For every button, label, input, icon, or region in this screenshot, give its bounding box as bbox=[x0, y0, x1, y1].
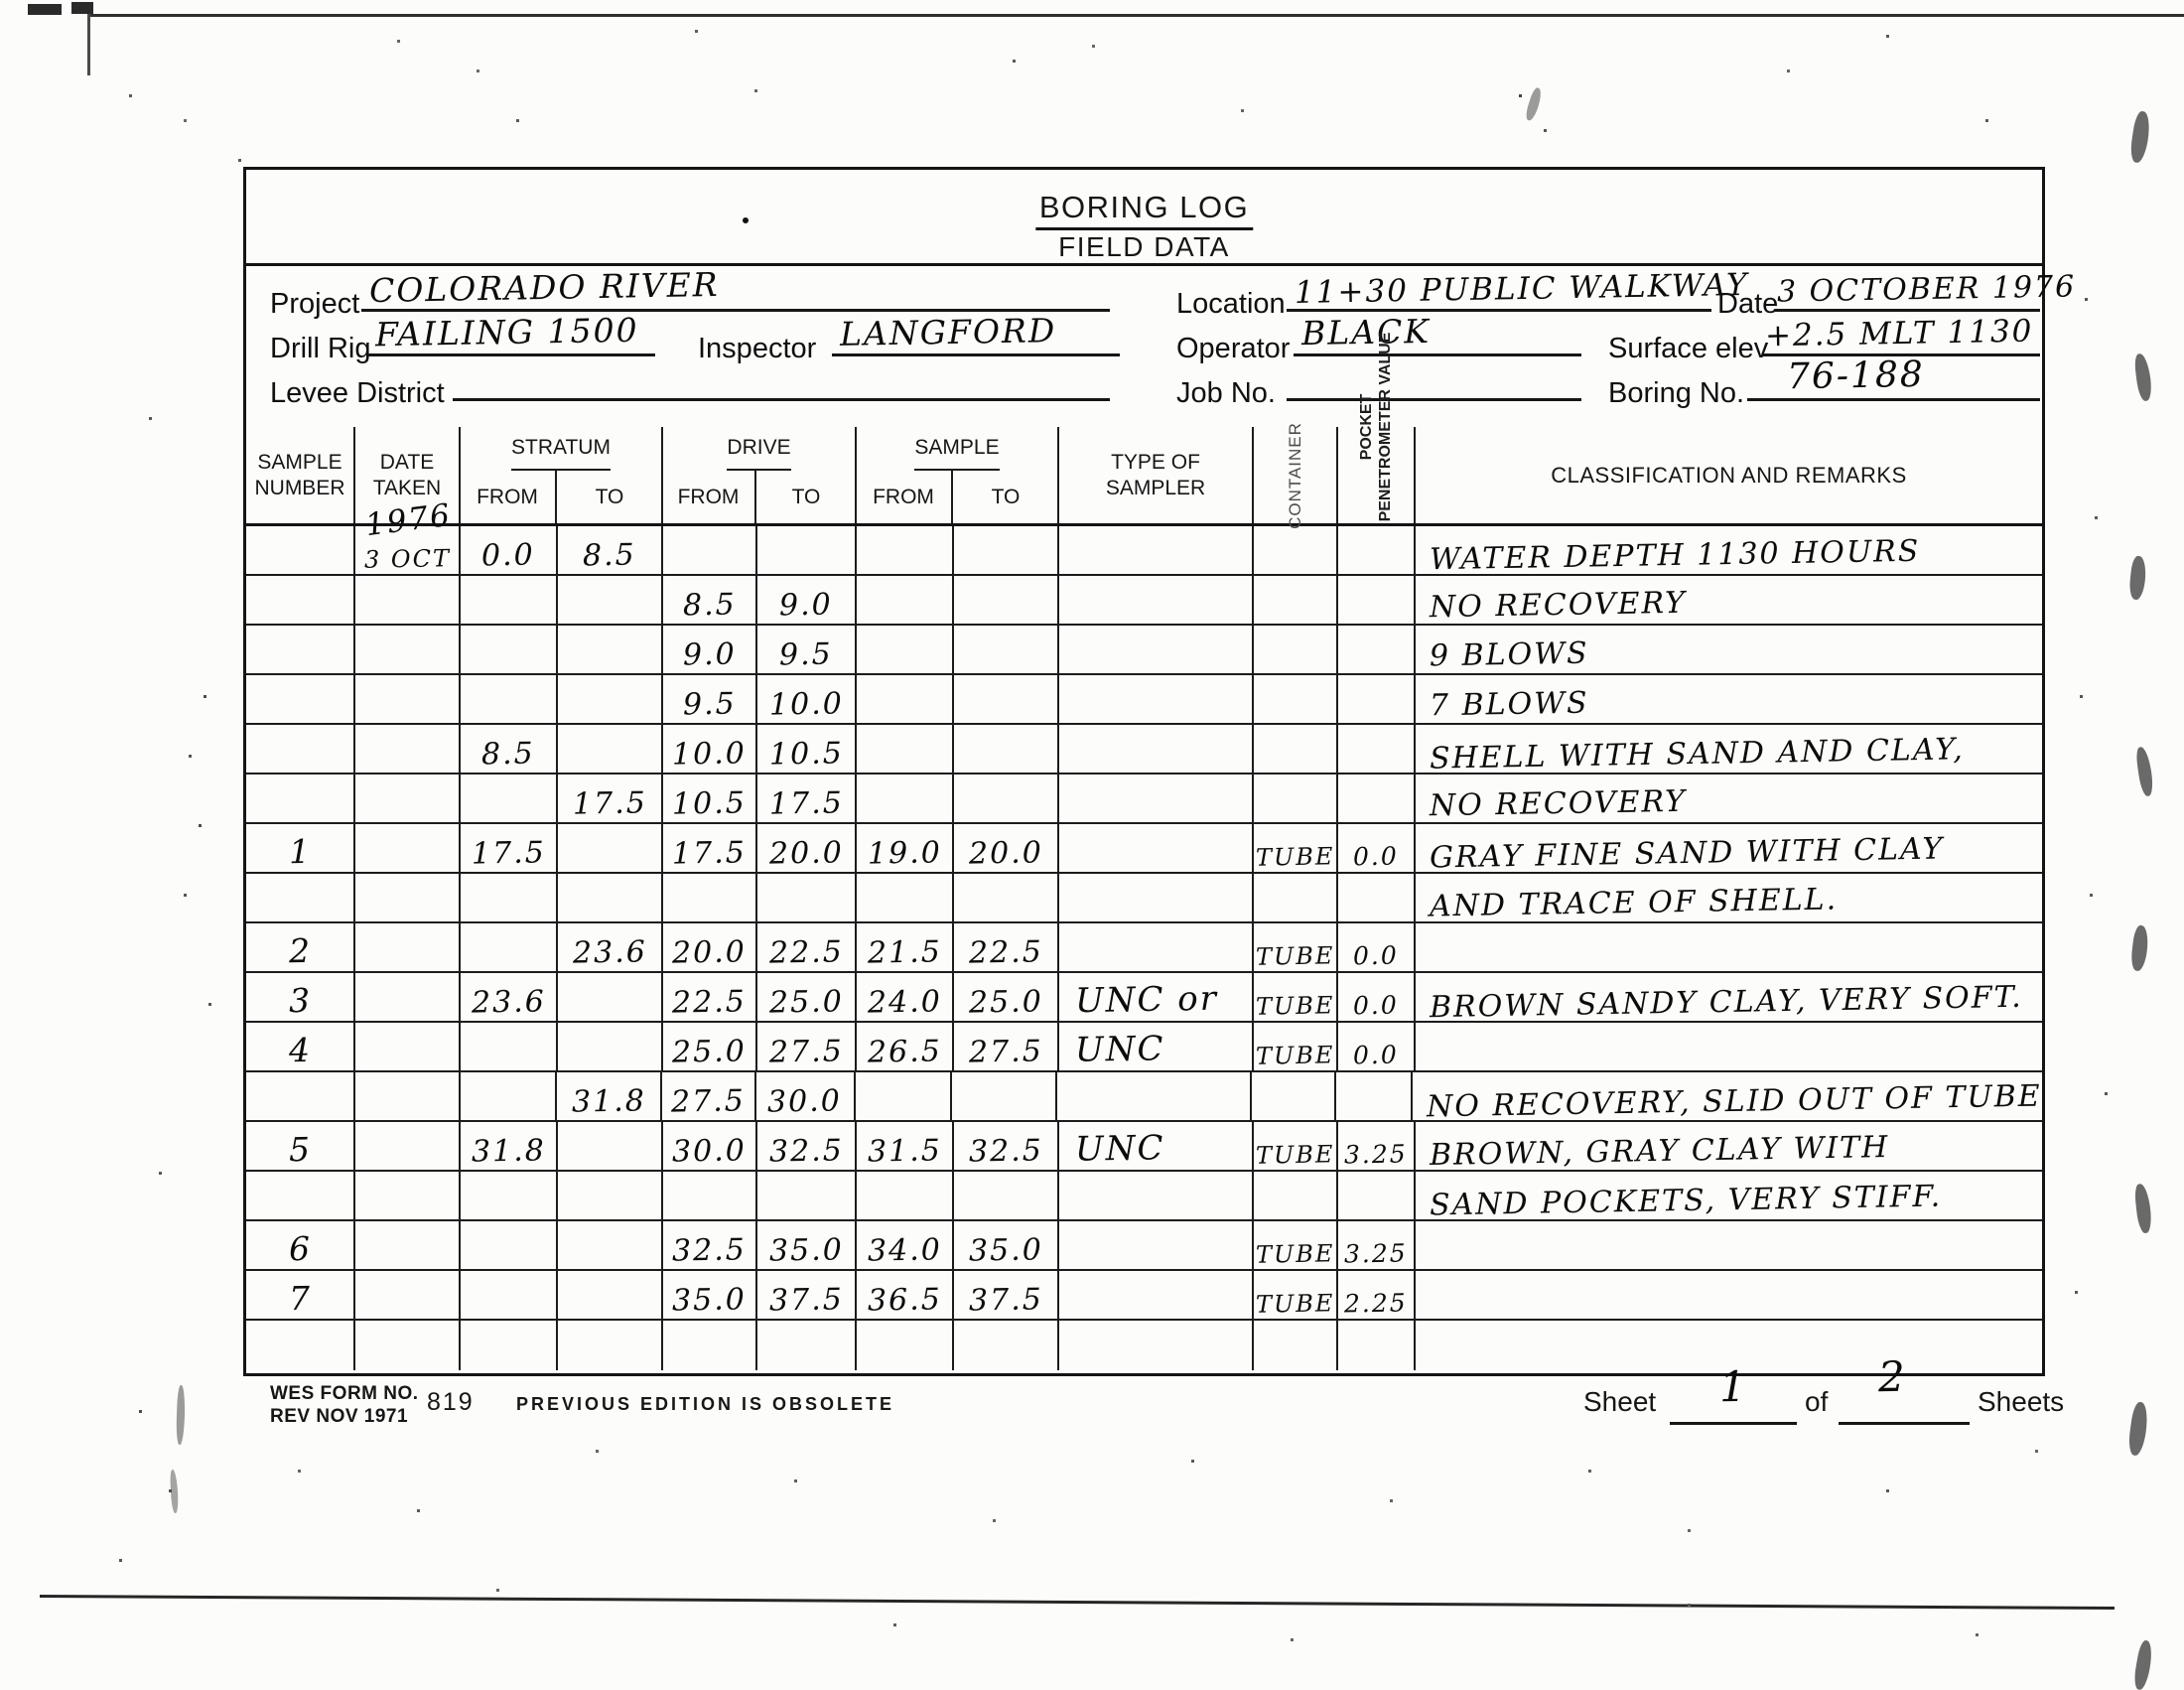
handwritten-value: 0.0 bbox=[1353, 941, 1399, 969]
handwritten-value: 37.5 bbox=[968, 1283, 1042, 1317]
handwritten-value: 3 bbox=[288, 983, 312, 1020]
cell-sample-number: 7 bbox=[246, 1271, 355, 1319]
cell-classification-remarks: NO RECOVERY bbox=[1416, 775, 2042, 822]
cell-sample-to bbox=[952, 1072, 1057, 1120]
cell-sample-to bbox=[954, 526, 1059, 574]
handwritten-value: 32.5 bbox=[768, 1134, 843, 1168]
cell-drive-to: 37.5 bbox=[757, 1271, 857, 1319]
cell-container bbox=[1254, 526, 1338, 574]
handwritten-value: 20.0 bbox=[968, 836, 1042, 870]
cell-drive-from: 9.5 bbox=[663, 675, 757, 723]
cell-drive-from bbox=[663, 1321, 757, 1370]
header-classification: CLASSIFICATION AND REMARKS bbox=[1416, 427, 2042, 523]
cell-date-taken bbox=[355, 1023, 461, 1070]
cell-sample-to bbox=[954, 725, 1059, 773]
cell-sample-from bbox=[857, 1172, 954, 1219]
table-row: 531.830.032.531.532.5UNCTUBE3.25BROWN, G… bbox=[246, 1122, 2042, 1172]
handwritten-value: 35.0 bbox=[768, 1233, 843, 1267]
table-row bbox=[246, 1321, 2042, 1370]
scan-artifact bbox=[2128, 110, 2152, 164]
handwritten-value: 19.0 bbox=[867, 836, 941, 870]
cell-pocket-penetrometer-value bbox=[1338, 874, 1416, 921]
scan-artifact bbox=[2129, 924, 2149, 971]
cell-stratum-to bbox=[558, 1321, 663, 1370]
cell-pocket-penetrometer-value bbox=[1338, 1321, 1416, 1370]
handwritten-value: SAND POCKETS, VERY STIFF. bbox=[1430, 1180, 1943, 1221]
cell-sample-to: 25.0 bbox=[954, 973, 1059, 1021]
cell-pocket-penetrometer-value: 0.0 bbox=[1338, 824, 1416, 872]
cell-stratum-to bbox=[558, 576, 663, 624]
cell-classification-remarks bbox=[1416, 1271, 2042, 1319]
cell-drive-to bbox=[757, 526, 857, 574]
scan-artifact bbox=[176, 1385, 186, 1445]
header-stratum-from: FROM bbox=[460, 471, 557, 523]
cell-drive-from: 10.0 bbox=[663, 725, 757, 773]
cell-drive-from: 9.0 bbox=[663, 626, 757, 673]
handwritten-value: TUBE bbox=[1256, 843, 1335, 871]
cell-date-taken bbox=[355, 675, 461, 723]
job-no-field bbox=[1287, 355, 1581, 401]
cell-classification-remarks: SHELL WITH SAND AND CLAY, bbox=[1416, 725, 2042, 773]
cell-classification-remarks: NO RECOVERY, SLID OUT OF TUBE bbox=[1413, 1072, 2042, 1120]
cell-drive-to: 10.5 bbox=[757, 725, 857, 773]
cell-date-taken bbox=[355, 576, 461, 624]
cell-sample-from bbox=[857, 725, 954, 773]
sheets-label: Sheets bbox=[1978, 1386, 2064, 1418]
wes-form-no: WES FORM NO. REV NOV 1971 bbox=[270, 1382, 419, 1428]
handwritten-value: TUBE bbox=[1256, 1042, 1335, 1069]
cell-container bbox=[1254, 1172, 1338, 1219]
handwritten-value: 27.5 bbox=[768, 1035, 843, 1068]
cell-classification-remarks: WATER DEPTH 1130 HOURS bbox=[1416, 526, 2042, 574]
cell-pocket-penetrometer-value: 0.0 bbox=[1338, 973, 1416, 1021]
handwritten-value: 2.25 bbox=[1344, 1289, 1408, 1318]
handwritten-value: UNC bbox=[1075, 1031, 1165, 1069]
handwritten-value: 2 bbox=[288, 933, 312, 970]
sheets-underline bbox=[1839, 1422, 1970, 1425]
levee-district-label: Levee District bbox=[270, 377, 445, 410]
cell-container: TUBE bbox=[1254, 973, 1338, 1021]
table-row: 8.510.010.5SHELL WITH SAND AND CLAY, bbox=[246, 725, 2042, 775]
cell-pocket-penetrometer-value bbox=[1336, 1072, 1414, 1120]
cell-date-taken bbox=[355, 1271, 461, 1319]
header-drive-group: DRIVE FROM TO bbox=[663, 427, 857, 523]
handwritten-value: 17.5 bbox=[672, 836, 747, 870]
cell-date-taken bbox=[355, 775, 461, 822]
header-stratum-to: TO bbox=[557, 471, 662, 523]
handwritten-value: 1 bbox=[288, 834, 312, 871]
handwritten-value: 25.0 bbox=[672, 1035, 747, 1068]
handwritten-value: 35.0 bbox=[968, 1233, 1042, 1267]
date-field: 3 OCTOBER 1976 bbox=[1775, 266, 2040, 312]
cell-sample-from bbox=[857, 775, 954, 822]
cell-sample-from: 21.5 bbox=[857, 923, 954, 971]
cell-stratum-from bbox=[461, 1072, 558, 1120]
cell-date-taken bbox=[355, 1172, 461, 1219]
cell-stratum-from bbox=[461, 675, 558, 723]
header-sample-from: FROM bbox=[856, 471, 953, 523]
handwritten-value: AND TRACE OF SHELL. bbox=[1430, 883, 1839, 922]
location-field: 11+30 PUBLIC WALKWAY bbox=[1287, 266, 1711, 312]
cell-pocket-penetrometer-value: 0.0 bbox=[1338, 923, 1416, 971]
cell-container: TUBE bbox=[1254, 923, 1338, 971]
handwritten-value: 22.5 bbox=[672, 985, 747, 1019]
cell-sample-number: 6 bbox=[246, 1221, 355, 1269]
form-title: BORING LOG bbox=[1035, 190, 1253, 230]
cell-sample-to: 22.5 bbox=[954, 923, 1059, 971]
cell-container bbox=[1252, 1072, 1336, 1120]
header-sample-to: TO bbox=[953, 471, 1058, 523]
handwritten-value: 36.5 bbox=[867, 1283, 941, 1317]
cell-drive-from: 17.5 bbox=[663, 824, 757, 872]
handwritten-value: UNC or bbox=[1075, 980, 1219, 1020]
cell-sample-to bbox=[954, 1321, 1059, 1370]
cell-sample-to: 20.0 bbox=[954, 824, 1059, 872]
form-number: 819 bbox=[427, 1388, 475, 1417]
table-row: SAND POCKETS, VERY STIFF. bbox=[246, 1172, 2042, 1221]
cell-sample-from bbox=[857, 626, 954, 673]
cell-type-of-sampler bbox=[1059, 824, 1254, 872]
surface-elev-value: +2.5 MLT 1130 bbox=[1765, 314, 2034, 354]
cell-stratum-to bbox=[558, 1122, 663, 1170]
cell-type-of-sampler: UNC bbox=[1059, 1122, 1254, 1170]
handwritten-value: 30.0 bbox=[767, 1084, 842, 1118]
header-type-of-sampler-label: TYPE OF SAMPLER bbox=[1096, 450, 1215, 501]
cell-stratum-to bbox=[558, 675, 663, 723]
cell-stratum-to bbox=[558, 1023, 663, 1070]
scan-artifact bbox=[2126, 1401, 2149, 1457]
cell-drive-to: 25.0 bbox=[757, 973, 857, 1021]
table-row: 425.027.526.527.5UNCTUBE0.0 bbox=[246, 1023, 2042, 1072]
scan-artifact bbox=[743, 217, 749, 223]
cell-sample-number bbox=[246, 725, 355, 773]
operator-label: Operator bbox=[1176, 333, 1290, 365]
of-label: of bbox=[1805, 1386, 1828, 1418]
cell-drive-from: 20.0 bbox=[663, 923, 757, 971]
cell-type-of-sampler bbox=[1059, 874, 1254, 921]
cell-stratum-from bbox=[461, 576, 558, 624]
scan-artifact bbox=[71, 2, 93, 14]
scan-artifact bbox=[2135, 746, 2155, 796]
handwritten-value: 30.0 bbox=[672, 1134, 747, 1168]
cell-container bbox=[1254, 675, 1338, 723]
table-row: 735.037.536.537.5TUBE2.25 bbox=[246, 1271, 2042, 1321]
cell-drive-from: 30.0 bbox=[663, 1122, 757, 1170]
handwritten-value: 17.5 bbox=[572, 786, 646, 820]
cell-type-of-sampler bbox=[1059, 1321, 1254, 1370]
cell-container bbox=[1254, 725, 1338, 773]
scanned-boring-log-page: BORING LOG FIELD DATA Project COLORADO R… bbox=[0, 0, 2184, 1690]
cell-container bbox=[1254, 775, 1338, 822]
table-row: 17.510.517.5NO RECOVERY bbox=[246, 775, 2042, 824]
cell-sample-number: 4 bbox=[246, 1023, 355, 1070]
cell-sample-to bbox=[954, 576, 1059, 624]
table-row: AND TRACE OF SHELL. bbox=[246, 874, 2042, 923]
cell-drive-to: 35.0 bbox=[757, 1221, 857, 1269]
handwritten-value: 25.0 bbox=[768, 985, 843, 1019]
header-sample-group: SAMPLE FROM TO bbox=[857, 427, 1059, 523]
cell-pocket-penetrometer-value bbox=[1338, 626, 1416, 673]
handwritten-value: 17.5 bbox=[471, 836, 545, 870]
cell-type-of-sampler: UNC bbox=[1059, 1023, 1254, 1070]
cell-pocket-penetrometer-value: 2.25 bbox=[1338, 1271, 1416, 1319]
cell-sample-to bbox=[954, 1172, 1059, 1219]
cell-classification-remarks bbox=[1416, 1023, 2042, 1070]
cell-container: TUBE bbox=[1254, 1271, 1338, 1319]
cell-sample-to bbox=[954, 626, 1059, 673]
handwritten-value: 25.0 bbox=[968, 985, 1042, 1019]
cell-sample-from: 34.0 bbox=[857, 1221, 954, 1269]
cell-classification-remarks: BROWN SANDY CLAY, VERY SOFT. bbox=[1416, 973, 2042, 1021]
header-drive-to: TO bbox=[756, 471, 856, 523]
handwritten-value: BROWN SANDY CLAY, VERY SOFT. bbox=[1430, 981, 2023, 1024]
cell-type-of-sampler bbox=[1059, 576, 1254, 624]
cell-drive-from: 32.5 bbox=[663, 1221, 757, 1269]
cell-classification-remarks: BROWN, GRAY CLAY WITH bbox=[1416, 1122, 2042, 1170]
handwritten-value: 32.5 bbox=[672, 1233, 747, 1267]
form-border-box: BORING LOG FIELD DATA Project COLORADO R… bbox=[243, 167, 2045, 1376]
operator-field: BLACK bbox=[1294, 311, 1581, 356]
handwritten-value: NO RECOVERY bbox=[1430, 587, 1687, 625]
handwritten-value: 26.5 bbox=[867, 1035, 941, 1068]
cell-pocket-penetrometer-value bbox=[1338, 725, 1416, 773]
scan-artifact bbox=[1524, 86, 1544, 121]
handwritten-value: 8.5 bbox=[583, 539, 636, 573]
cell-drive-to: 10.0 bbox=[757, 675, 857, 723]
cell-sample-from: 36.5 bbox=[857, 1271, 954, 1319]
header-container: CONTAINER bbox=[1254, 427, 1338, 523]
cell-stratum-to bbox=[558, 973, 663, 1021]
handwritten-value: 9.5 bbox=[682, 688, 736, 722]
cell-container: TUBE bbox=[1254, 1023, 1338, 1070]
handwritten-value: TUBE bbox=[1256, 942, 1335, 970]
cell-sample-number bbox=[246, 1172, 355, 1219]
handwritten-value: 0.0 bbox=[1353, 1041, 1399, 1068]
handwritten-value: 24.0 bbox=[867, 985, 941, 1019]
cell-sample-to: 32.5 bbox=[954, 1122, 1059, 1170]
cell-sample-from: 26.5 bbox=[857, 1023, 954, 1070]
obsolete-note: PREVIOUS EDITION IS OBSOLETE bbox=[516, 1394, 894, 1415]
cell-date-taken bbox=[355, 923, 461, 971]
cell-drive-to: 22.5 bbox=[757, 923, 857, 971]
cell-drive-to: 17.5 bbox=[757, 775, 857, 822]
handwritten-value: GRAY FINE SAND WITH CLAY bbox=[1430, 832, 1945, 874]
handwritten-value: TUBE bbox=[1256, 1240, 1335, 1268]
cell-stratum-from bbox=[461, 874, 558, 921]
cell-sample-from: 24.0 bbox=[857, 973, 954, 1021]
cell-date-taken: 3 OCT bbox=[355, 526, 461, 574]
handwritten-value: TUBE bbox=[1256, 992, 1335, 1020]
handwritten-value: 3.25 bbox=[1344, 1239, 1408, 1268]
scan-artifact bbox=[2133, 1183, 2152, 1233]
cell-stratum-to bbox=[558, 824, 663, 872]
cell-stratum-from bbox=[461, 923, 558, 971]
cell-sample-to: 37.5 bbox=[954, 1271, 1059, 1319]
cell-container bbox=[1254, 874, 1338, 921]
handwritten-value: 3 OCT bbox=[363, 545, 450, 573]
cell-container: TUBE bbox=[1254, 1221, 1338, 1269]
cell-type-of-sampler bbox=[1059, 923, 1254, 971]
header-sample-number: SAMPLE NUMBER bbox=[246, 427, 355, 523]
handwritten-value: 37.5 bbox=[768, 1283, 843, 1317]
project-label: Project bbox=[270, 288, 359, 321]
table-row: 117.517.520.019.020.0TUBE0.0GRAY FINE SA… bbox=[246, 824, 2042, 874]
header-stratum: STRATUM bbox=[511, 427, 611, 471]
cell-stratum-from: 17.5 bbox=[461, 824, 558, 872]
cell-sample-number bbox=[246, 526, 355, 574]
cell-sample-number bbox=[246, 626, 355, 673]
cell-type-of-sampler bbox=[1059, 526, 1254, 574]
handwritten-value: 27.5 bbox=[968, 1035, 1042, 1068]
cell-sample-from bbox=[857, 874, 954, 921]
levee-district-field bbox=[453, 355, 1110, 401]
handwritten-value: 23.6 bbox=[471, 985, 545, 1019]
inspector-value: LANGFORD bbox=[840, 311, 1057, 353]
cell-drive-from bbox=[663, 874, 757, 921]
cell-sample-number bbox=[246, 1072, 355, 1120]
cell-classification-remarks: NO RECOVERY bbox=[1416, 576, 2042, 624]
sheets-total-handwritten: 2 bbox=[1878, 1352, 1908, 1401]
handwritten-value: 10.5 bbox=[672, 786, 747, 820]
table-header: SAMPLE NUMBER DATE TAKEN 1976 STRATUM FR… bbox=[246, 427, 2042, 526]
cell-date-taken bbox=[355, 725, 461, 773]
cell-type-of-sampler bbox=[1059, 626, 1254, 673]
cell-stratum-to bbox=[558, 725, 663, 773]
cell-drive-from: 10.5 bbox=[663, 775, 757, 822]
header-container-label: CONTAINER bbox=[1283, 422, 1308, 529]
cell-drive-to bbox=[757, 874, 857, 921]
cell-stratum-from: 8.5 bbox=[461, 725, 558, 773]
table-row: 632.535.034.035.0TUBE3.25 bbox=[246, 1221, 2042, 1271]
cell-sample-number: 2 bbox=[246, 923, 355, 971]
cell-stratum-to bbox=[558, 1271, 663, 1319]
cell-sample-to bbox=[954, 874, 1059, 921]
cell-date-taken bbox=[355, 874, 461, 921]
cell-pocket-penetrometer-value bbox=[1338, 675, 1416, 723]
cell-sample-from: 19.0 bbox=[857, 824, 954, 872]
handwritten-value: NO RECOVERY, SLID OUT OF TUBE bbox=[1427, 1080, 2042, 1124]
cell-stratum-to bbox=[558, 626, 663, 673]
table-row: 9.09.59 BLOWS bbox=[246, 626, 2042, 675]
inspector-field: LANGFORD bbox=[832, 311, 1120, 356]
surface-elev-label: Surface elev bbox=[1608, 333, 1768, 365]
scan-artifact bbox=[170, 1470, 179, 1513]
cell-stratum-from bbox=[461, 1321, 558, 1370]
cell-type-of-sampler bbox=[1059, 725, 1254, 773]
cell-container bbox=[1254, 1321, 1338, 1370]
cell-date-taken bbox=[355, 824, 461, 872]
boring-no-label: Boring No. bbox=[1608, 377, 1744, 410]
cell-type-of-sampler bbox=[1057, 1072, 1252, 1120]
handwritten-value: TUBE bbox=[1256, 1141, 1335, 1169]
handwritten-value: 8.5 bbox=[682, 589, 736, 623]
project-field: COLORADO RIVER bbox=[361, 266, 1110, 312]
cell-type-of-sampler bbox=[1059, 1172, 1254, 1219]
table-row: 223.620.022.521.522.5TUBE0.0 bbox=[246, 923, 2042, 973]
cell-drive-from: 27.5 bbox=[662, 1072, 756, 1120]
handwritten-value: 27.5 bbox=[671, 1084, 746, 1118]
cell-pocket-penetrometer-value: 0.0 bbox=[1338, 1023, 1416, 1070]
cell-sample-from bbox=[856, 1072, 953, 1120]
header-drive-from: FROM bbox=[662, 471, 756, 523]
cell-sample-number bbox=[246, 874, 355, 921]
cell-pocket-penetrometer-value: 3.25 bbox=[1338, 1122, 1416, 1170]
handwritten-value: 8.5 bbox=[481, 738, 535, 772]
cell-container bbox=[1254, 576, 1338, 624]
title-block: BORING LOG FIELD DATA bbox=[246, 170, 2042, 266]
cell-container: TUBE bbox=[1254, 824, 1338, 872]
sheet-number-handwritten: 1 bbox=[1719, 1362, 1749, 1411]
boring-no-value: 76-188 bbox=[1787, 354, 1925, 397]
cell-sample-to bbox=[954, 775, 1059, 822]
handwritten-value: 0.0 bbox=[1353, 842, 1399, 870]
header-pocket-penetrometer-label: POCKET PENETROMETER VALUE bbox=[1357, 332, 1395, 522]
handwritten-value: 10.0 bbox=[672, 737, 747, 771]
table-body: 3 OCT0.08.5WATER DEPTH 1130 HOURS8.59.0N… bbox=[246, 526, 2042, 1370]
cell-stratum-from bbox=[461, 626, 558, 673]
cell-drive-to: 27.5 bbox=[757, 1023, 857, 1070]
cell-date-taken bbox=[355, 1321, 461, 1370]
cell-drive-from: 25.0 bbox=[663, 1023, 757, 1070]
handwritten-value: 4 bbox=[288, 1033, 312, 1069]
handwritten-value: 9.0 bbox=[682, 638, 736, 672]
cell-type-of-sampler: UNC or bbox=[1059, 973, 1254, 1021]
boring-log-table: SAMPLE NUMBER DATE TAKEN 1976 STRATUM FR… bbox=[246, 427, 2042, 1370]
cell-type-of-sampler bbox=[1059, 775, 1254, 822]
cell-stratum-from: 0.0 bbox=[461, 526, 558, 574]
cell-stratum-from bbox=[461, 1023, 558, 1070]
header-sample: SAMPLE bbox=[914, 427, 999, 471]
cell-date-taken bbox=[355, 1072, 461, 1120]
header-drive: DRIVE bbox=[727, 427, 790, 471]
cell-sample-number: 1 bbox=[246, 824, 355, 872]
cell-pocket-penetrometer-value bbox=[1338, 1172, 1416, 1219]
drill-rig-field: FAILING 1500 bbox=[367, 311, 655, 356]
cell-drive-to: 20.0 bbox=[757, 824, 857, 872]
cell-pocket-penetrometer-value bbox=[1338, 526, 1416, 574]
cell-pocket-penetrometer-value bbox=[1338, 576, 1416, 624]
handwritten-value: TUBE bbox=[1256, 1290, 1335, 1318]
cell-classification-remarks: SAND POCKETS, VERY STIFF. bbox=[1416, 1172, 2042, 1219]
handwritten-value: 0.0 bbox=[481, 539, 535, 573]
table-row: 3 OCT0.08.5WATER DEPTH 1130 HOURS bbox=[246, 526, 2042, 576]
handwritten-value: 23.6 bbox=[572, 935, 646, 969]
cell-container: TUBE bbox=[1254, 1122, 1338, 1170]
cell-pocket-penetrometer-value bbox=[1338, 775, 1416, 822]
cell-sample-from bbox=[857, 576, 954, 624]
table-row: 31.827.530.0NO RECOVERY, SLID OUT OF TUB… bbox=[246, 1072, 2042, 1122]
table-row: 8.59.0NO RECOVERY bbox=[246, 576, 2042, 626]
info-block: Project COLORADO RIVER Location 11+30 PU… bbox=[246, 266, 2042, 427]
cell-type-of-sampler bbox=[1059, 1271, 1254, 1319]
cell-date-taken bbox=[355, 1221, 461, 1269]
cell-stratum-to: 8.5 bbox=[558, 526, 663, 574]
cell-drive-to: 32.5 bbox=[757, 1122, 857, 1170]
location-label: Location bbox=[1176, 288, 1286, 321]
scan-artifact bbox=[2128, 555, 2148, 600]
cell-classification-remarks: 7 BLOWS bbox=[1416, 675, 2042, 723]
header-type-of-sampler: TYPE OF SAMPLER bbox=[1059, 427, 1254, 523]
cell-classification-remarks bbox=[1416, 923, 2042, 971]
sheet-label: Sheet bbox=[1583, 1386, 1656, 1418]
header-pocket-penetrometer: POCKET PENETROMETER VALUE bbox=[1338, 427, 1416, 523]
cell-stratum-from: 31.8 bbox=[461, 1122, 558, 1170]
cell-drive-from: 22.5 bbox=[663, 973, 757, 1021]
location-value: 11+30 PUBLIC WALKWAY bbox=[1295, 267, 1749, 311]
cell-sample-number bbox=[246, 576, 355, 624]
cell-stratum-to bbox=[558, 1172, 663, 1219]
cell-classification-remarks: GRAY FINE SAND WITH CLAY bbox=[1416, 824, 2042, 872]
